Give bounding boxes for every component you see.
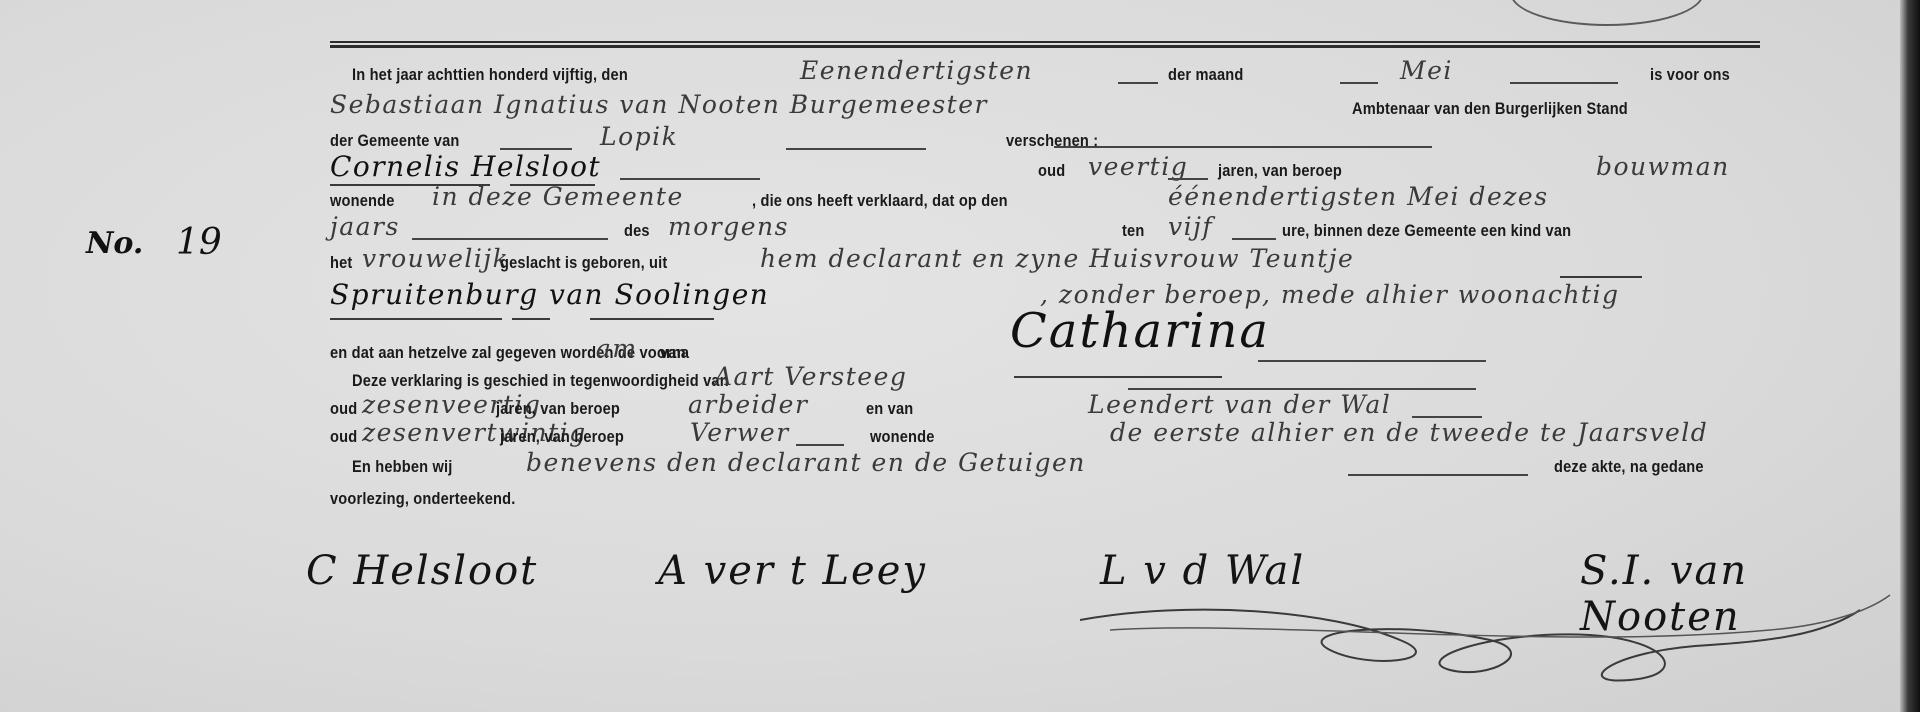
handwritten-parents: hem declarant en zyne Huisvrouw Teuntje [760,242,1354,276]
handwritten-mother-surname: Spruitenburg van Soolingen [330,278,769,312]
handwritten-year: jaars [330,210,400,244]
header-rule-thick [330,45,1760,48]
underline [590,318,714,320]
handwritten-hour: vijf [1168,210,1213,244]
line-5: wonende in deze Gemeente , die ons heeft… [0,184,1900,218]
handwritten-child-name: Catharina [1010,314,1270,348]
document-page: No. 19 In het jaar achttien honderd vijf… [0,0,1900,712]
printed-text: Ambtenaar van den Burgerlijken Stand [1352,92,1628,126]
printed-text: der maand [1168,58,1243,92]
scan-edge [1900,0,1920,712]
printed-text: is voor ons [1650,58,1730,92]
handwritten-residence: in deze Gemeente [432,180,684,214]
line-13: En hebben wij benevens den declarant en … [0,450,1900,484]
fill-line [1510,82,1618,84]
printed-text: deze akte, na gedane [1554,450,1704,484]
handwritten-declarant: Cornelis Helsloot [330,150,601,184]
signature-witness-1: A ver t Leey [658,548,927,594]
handwritten-text: am [596,332,638,366]
handwritten-witness-residences: de eerste alhier en de tweede te Jaarsve… [1110,416,1708,450]
handwritten-witness-2-occupation: Verwer [690,416,790,450]
signature-witness-2: L v d Wal [1100,548,1305,594]
handwritten-month: Mei [1400,54,1453,88]
line-14: voorlezing, onderteekend. [0,482,1900,516]
fill-line [1054,146,1432,148]
handwritten-day: Eenendertigsten [800,54,1033,88]
handwritten-birth-date: éénendertigsten Mei dezes [1168,180,1549,214]
handwritten-time-of-day: morgens [668,210,789,244]
printed-text: oud [330,420,357,454]
handwritten-official: Sebastiaan Ignatius van Nooten Burgemees… [330,88,988,122]
fill-line [1348,474,1528,476]
signature-flourish [1070,590,1910,690]
fill-line [1340,82,1378,84]
printed-text: , die ons heeft verklaard, dat op den [752,184,1008,218]
line-7: het vrouwelijk geslacht is geboren, uit … [0,246,1900,280]
handwritten-municipality: Lopik [600,120,678,154]
printed-text: geslacht is geboren, uit [500,246,667,280]
header-rule [330,41,1760,43]
fill-line [1258,360,1486,362]
handwritten-signatories: benevens den declarant en de Getuigen [526,446,1086,480]
printed-text: oud [1038,154,1065,188]
underline [330,318,502,320]
line-1: In het jaar achttien honderd vijftig, de… [0,58,1900,92]
handwritten-occupation: bouwman [1596,150,1730,184]
printed-text: En hebben wij [352,450,453,484]
line-2: Sebastiaan Ignatius van Nooten Burgemees… [0,92,1900,126]
line-4: Cornelis Helsloot oud veertig jaren, van… [0,154,1900,188]
printed-text: verschenen : [1006,124,1098,158]
seal-oval [1510,0,1704,26]
printed-text: des [624,214,650,248]
underline [512,318,550,320]
handwritten-sex: vrouwelijk [362,242,509,276]
fill-line [786,148,926,150]
fill-line [412,238,608,240]
fill-line [1118,82,1158,84]
signature-declarant: C Helsloot [306,548,538,594]
fill-line [1232,238,1276,240]
printed-text: In het jaar achttien honderd vijftig, de… [352,58,628,92]
printed-text: het [330,246,352,280]
printed-text: voorlezing, onderteekend. [330,482,515,516]
line-8: Spruitenburg van Soolingen , zonder bero… [0,282,1900,316]
